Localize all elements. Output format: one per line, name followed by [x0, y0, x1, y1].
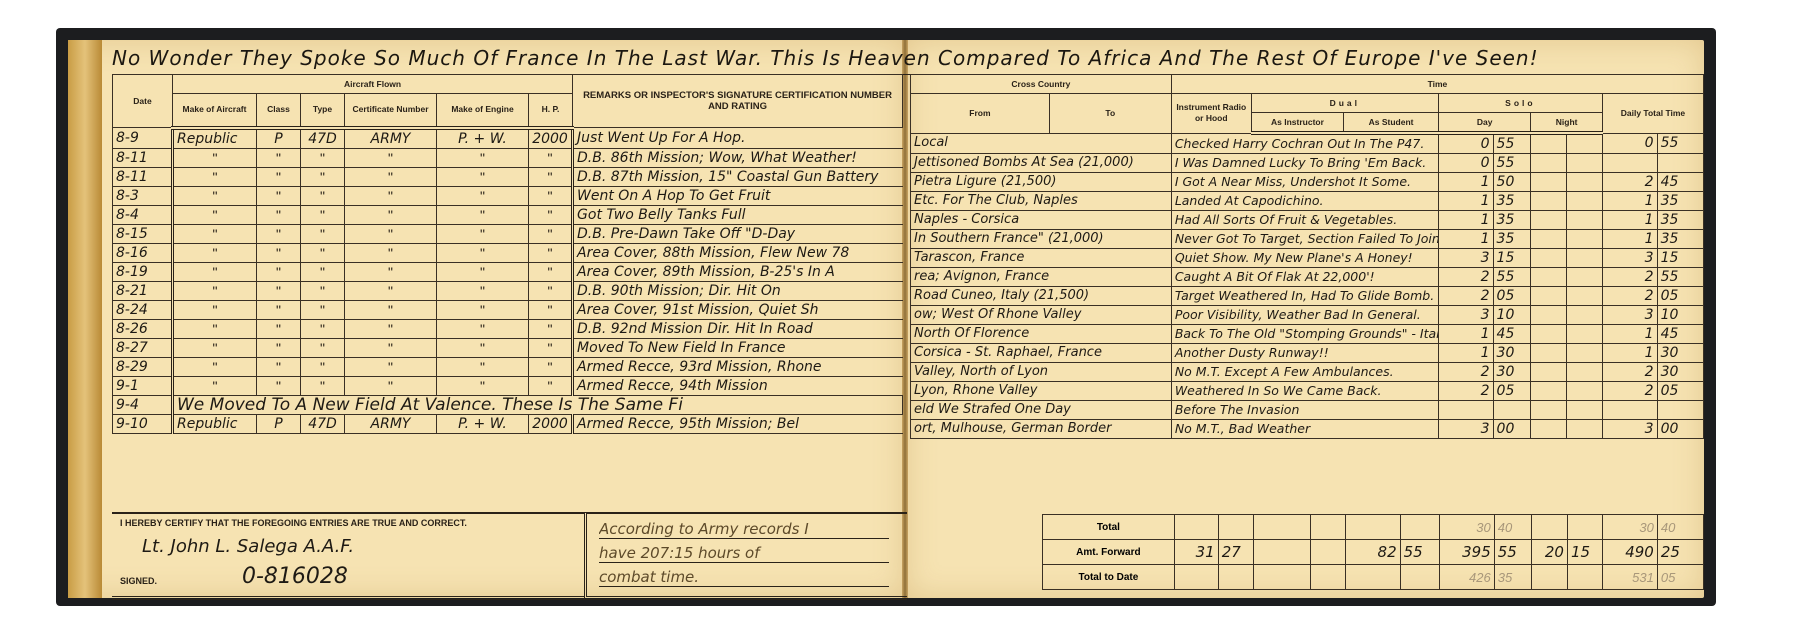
entry-solo-night-hours [1531, 249, 1567, 268]
entry-class: " [257, 376, 301, 395]
entry-date: 8-11 [113, 167, 173, 186]
entry-solo-day-hours: 1 [1438, 192, 1493, 211]
time-entry-row: eld We Strafed One DayBefore The Invasio… [911, 401, 1704, 420]
entry-certificate-number: " [345, 167, 437, 186]
entry-daily-total-hours: 1 [1602, 344, 1657, 363]
entry-solo-night-hours [1531, 306, 1567, 325]
entry-solo-day-minutes: 50 [1493, 173, 1531, 192]
entry-make-of-engine: P. + W. [437, 414, 529, 433]
entry-solo-night-hours [1531, 230, 1567, 249]
total-daily-minutes: 40 [1657, 515, 1703, 540]
log-entry-row: 9-1""""""Armed Recce, 94th Mission [113, 376, 903, 395]
entry-flight-remark: Weathered In So We Came Back. [1171, 382, 1438, 401]
group-header-dual: Dual [1251, 94, 1438, 113]
log-entry-row: 8-4""""""Got Two Belly Tanks Full [113, 205, 903, 224]
entry-solo-night-hours [1531, 133, 1567, 154]
time-entry-row: Road Cuneo, Italy (21,500)Target Weather… [911, 287, 1704, 306]
entry-daily-total-minutes: 05 [1657, 287, 1703, 306]
entry-class: " [257, 357, 301, 376]
entry-daily-total-hours: 2 [1602, 173, 1657, 192]
time-entry-row: Etc. For The Club, NaplesLanded At Capod… [911, 192, 1704, 211]
log-entry-row: 8-9RepublicP47DARMYP. + W.2000Just Went … [113, 128, 903, 149]
entry-type: " [301, 205, 345, 224]
fwd-instrument-minutes: 27 [1218, 540, 1254, 565]
entry-hp: " [529, 205, 573, 224]
group-header-time: Time [1171, 75, 1703, 94]
entry-solo-night-minutes [1567, 192, 1603, 211]
entry-make-of-engine: " [437, 224, 529, 243]
entry-date: 8-16 [113, 243, 173, 262]
entry-daily-total-hours: 0 [1602, 133, 1657, 154]
entry-solo-day-minutes: 30 [1493, 344, 1531, 363]
entry-date: 8-26 [113, 319, 173, 338]
entry-certificate-number: " [345, 319, 437, 338]
entry-solo-night-hours [1531, 325, 1567, 344]
entry-remarks: Armed Recce, 95th Mission; Bel [573, 414, 903, 433]
entry-make-of-aircraft: Republic [173, 128, 257, 149]
entry-hp: " [529, 148, 573, 167]
entry-solo-day-hours: 1 [1438, 344, 1493, 363]
entry-make-of-engine: " [437, 205, 529, 224]
entry-hp: " [529, 376, 573, 395]
entry-solo-night-minutes [1567, 154, 1603, 173]
entry-type: " [301, 338, 345, 357]
entry-solo-night-minutes [1567, 382, 1603, 401]
log-entry-row: 8-26""""""D.B. 92nd Mission Dir. Hit In … [113, 319, 903, 338]
entry-type: " [301, 224, 345, 243]
entry-route: ort, Mulhouse, German Border [911, 420, 1172, 439]
entry-route: Pietra Ligure (21,500) [911, 173, 1172, 192]
entry-date: 8-9 [113, 128, 173, 149]
entry-certificate-number: " [345, 338, 437, 357]
entry-route: Corsica - St. Raphael, France [911, 344, 1172, 363]
cross-country-time-table: Cross Country Time From To Instrument Ra… [910, 74, 1704, 439]
entry-daily-total-minutes: 45 [1657, 325, 1703, 344]
entry-route: Jettisoned Bombs At Sea (21,000) [911, 154, 1172, 173]
col-header-make-of-aircraft: Make of Aircraft [173, 94, 257, 128]
entry-date: 8-15 [113, 224, 173, 243]
entry-solo-night-hours [1531, 401, 1567, 420]
entry-remarks: Just Went Up For A Hop. [573, 128, 903, 149]
entry-make-of-engine: " [437, 243, 529, 262]
entry-daily-total-minutes [1657, 154, 1703, 173]
entry-solo-night-hours [1531, 287, 1567, 306]
entry-solo-night-minutes [1567, 420, 1603, 439]
entry-daily-total-hours: 2 [1602, 287, 1657, 306]
entry-flight-remark: Poor Visibility, Weather Bad In General. [1171, 306, 1438, 325]
entry-date: 9-1 [113, 376, 173, 395]
entry-date: 9-10 [113, 414, 173, 433]
entry-make-of-engine: " [437, 319, 529, 338]
entry-make-of-aircraft: " [173, 357, 257, 376]
entry-type: " [301, 148, 345, 167]
entry-solo-day-minutes: 35 [1493, 211, 1531, 230]
entry-solo-night-minutes [1567, 306, 1603, 325]
entry-certificate-number: " [345, 148, 437, 167]
entry-make-of-aircraft: Republic [173, 414, 257, 433]
entry-class: " [257, 224, 301, 243]
log-entry-row: 9-10RepublicP47DARMYP. + W.2000Armed Rec… [113, 414, 903, 433]
entry-type: " [301, 281, 345, 300]
ttd-total-minutes: 05 [1657, 565, 1703, 590]
entry-daily-total-hours: 1 [1602, 192, 1657, 211]
entry-solo-night-minutes [1567, 401, 1603, 420]
fwd-student-minutes: 55 [1400, 540, 1440, 565]
entry-remarks: Area Cover, 91st Mission, Quiet Sh [573, 300, 903, 319]
entry-make-of-aircraft: " [173, 148, 257, 167]
entry-class: " [257, 281, 301, 300]
entry-daily-total-hours: 2 [1602, 363, 1657, 382]
entry-make-of-engine: " [437, 357, 529, 376]
entry-solo-night-hours [1531, 382, 1567, 401]
ttd-total-hours: 531 [1603, 565, 1657, 590]
entry-route: Road Cuneo, Italy (21,500) [911, 287, 1172, 306]
entry-solo-night-minutes [1567, 249, 1603, 268]
label-amt-forward: Amt. Forward [1043, 540, 1175, 565]
entry-make-of-aircraft: " [173, 167, 257, 186]
aircraft-flown-table: Date Aircraft Flown Remarks or Inspector… [112, 74, 903, 434]
entry-type: " [301, 357, 345, 376]
entry-type: 47D [301, 128, 345, 149]
totals-row-total: Total 30 40 30 40 [1043, 515, 1704, 540]
entry-date: 8-29 [113, 357, 173, 376]
entry-route: rea; Avignon, France [911, 268, 1172, 287]
entry-daily-total-minutes: 35 [1657, 230, 1703, 249]
entry-solo-night-minutes [1567, 344, 1603, 363]
ttd-day-minutes: 35 [1494, 565, 1532, 590]
entry-certificate-number: " [345, 243, 437, 262]
entry-date: 8-4 [113, 205, 173, 224]
entry-solo-day-hours: 0 [1438, 154, 1493, 173]
total-day-minutes: 40 [1494, 515, 1532, 540]
time-entry-row: Pietra Ligure (21,500)I Got A Near Miss,… [911, 173, 1704, 192]
entry-solo-day-minutes: 45 [1493, 325, 1531, 344]
entry-type: " [301, 262, 345, 281]
serial-number: 0-816028 [242, 564, 348, 589]
entry-date: 8-19 [113, 262, 173, 281]
entry-make-of-aircraft: " [173, 376, 257, 395]
entry-daily-total-minutes: 35 [1657, 192, 1703, 211]
entry-make-of-aircraft: " [173, 338, 257, 357]
entry-route: Etc. For The Club, Naples [911, 192, 1172, 211]
entry-solo-day-hours [1438, 401, 1493, 420]
entry-route: ow; West Of Rhone Valley [911, 306, 1172, 325]
signed-label: Signed. [120, 576, 157, 586]
entry-hp: " [529, 300, 573, 319]
combat-time-note: According to Army records I have 207:15 … [584, 512, 907, 600]
entry-hp: " [529, 338, 573, 357]
pilot-signature: Lt. John L. Salega A.A.F. [142, 536, 354, 557]
entry-solo-night-hours [1531, 363, 1567, 382]
note-line-3: combat time. [599, 568, 889, 587]
fwd-total-hours: 490 [1603, 540, 1657, 565]
entry-flight-remark: Landed At Capodichino. [1171, 192, 1438, 211]
col-header-instrument: Instrument Radio or Hood [1171, 94, 1251, 134]
entry-make-of-engine: " [437, 148, 529, 167]
entry-route: eld We Strafed One Day [911, 401, 1172, 420]
entry-certificate-number: " [345, 300, 437, 319]
time-entry-row: ort, Mulhouse, German BorderNo M.T., Bad… [911, 420, 1704, 439]
entry-make-of-engine: " [437, 167, 529, 186]
log-entry-row: 8-16""""""Area Cover, 88th Mission, Flew… [113, 243, 903, 262]
entry-class: P [257, 128, 301, 149]
entry-solo-night-hours [1531, 420, 1567, 439]
entry-type: " [301, 186, 345, 205]
col-header-remarks: Remarks or Inspector's Signature Certifi… [573, 75, 903, 128]
entry-spanning-note: We Moved To A New Field At Valence. Thes… [173, 395, 903, 414]
entry-certificate-number: ARMY [345, 128, 437, 149]
total-daily-hours: 30 [1603, 515, 1657, 540]
time-entry-row: rea; Avignon, FranceCaught A Bit Of Flak… [911, 268, 1704, 287]
entry-type: " [301, 376, 345, 395]
entry-solo-night-minutes [1567, 268, 1603, 287]
log-entry-row: 8-11""""""D.B. 87th Mission, 15" Coastal… [113, 167, 903, 186]
log-entry-row: 9-4We Moved To A New Field At Valence. T… [113, 395, 903, 414]
entry-class: " [257, 205, 301, 224]
entry-hp: " [529, 186, 573, 205]
entry-flight-remark: Before The Invasion [1171, 401, 1438, 420]
entry-flight-remark: Back To The Old "Stomping Grounds" - Ita… [1171, 325, 1438, 344]
entry-daily-total-hours [1602, 401, 1657, 420]
entry-daily-total-hours: 3 [1602, 306, 1657, 325]
entry-make-of-aircraft: " [173, 243, 257, 262]
time-entry-row: Tarascon, FranceQuiet Show. My New Plane… [911, 249, 1704, 268]
time-entry-row: LocalChecked Harry Cochran Out In The P4… [911, 133, 1704, 154]
entry-flight-remark: Had All Sorts Of Fruit & Vegetables. [1171, 211, 1438, 230]
entry-make-of-engine: " [437, 281, 529, 300]
entry-remarks: Area Cover, 89th Mission, B-25's In A [573, 262, 903, 281]
entry-certificate-number: ARMY [345, 414, 437, 433]
entry-daily-total-hours: 2 [1602, 268, 1657, 287]
entry-solo-day-minutes: 00 [1493, 420, 1531, 439]
entry-flight-remark: I Got A Near Miss, Undershot It Some. [1171, 173, 1438, 192]
entry-daily-total-hours: 2 [1602, 382, 1657, 401]
col-header-night: Night [1531, 113, 1603, 134]
entry-solo-night-minutes [1567, 173, 1603, 192]
entry-hp: " [529, 281, 573, 300]
entry-daily-total-minutes: 35 [1657, 211, 1703, 230]
entry-remarks: Armed Recce, 94th Mission [573, 376, 903, 395]
note-line-1: According to Army records I [599, 520, 889, 539]
entry-date: 8-21 [113, 281, 173, 300]
entry-solo-day-minutes: 30 [1493, 363, 1531, 382]
time-entry-row: Lyon, Rhone ValleyWeathered In So We Cam… [911, 382, 1704, 401]
entry-make-of-engine: P. + W. [437, 128, 529, 149]
entry-solo-night-minutes [1567, 133, 1603, 154]
fwd-night-minutes: 15 [1567, 540, 1603, 565]
entry-hp: " [529, 319, 573, 338]
time-entry-row: Valley, North of LyonNo M.T. Except A Fe… [911, 363, 1704, 382]
entry-class: " [257, 300, 301, 319]
entry-solo-night-minutes [1567, 287, 1603, 306]
time-entry-row: Naples - CorsicaHad All Sorts Of Fruit &… [911, 211, 1704, 230]
entry-hp: " [529, 243, 573, 262]
entry-make-of-engine: " [437, 186, 529, 205]
entry-flight-remark: Caught A Bit Of Flak At 22,000'! [1171, 268, 1438, 287]
entry-class: " [257, 319, 301, 338]
entry-hp: 2000 [529, 128, 573, 149]
entry-remarks: D.B. 87th Mission, 15" Coastal Gun Batte… [573, 167, 903, 186]
entry-type: 47D [301, 414, 345, 433]
group-header-cross-country: Cross Country [911, 75, 1172, 94]
entry-remarks: Moved To New Field In France [573, 338, 903, 357]
entry-solo-night-hours [1531, 344, 1567, 363]
entry-route: Tarascon, France [911, 249, 1172, 268]
entry-certificate-number: " [345, 224, 437, 243]
entry-make-of-aircraft: " [173, 281, 257, 300]
entry-solo-day-hours: 3 [1438, 306, 1493, 325]
entry-daily-total-hours: 3 [1602, 420, 1657, 439]
entry-solo-day-hours: 3 [1438, 249, 1493, 268]
entry-daily-total-minutes: 55 [1657, 133, 1703, 154]
entry-class: " [257, 338, 301, 357]
fwd-day-hours: 395 [1440, 540, 1494, 565]
entry-flight-remark: Never Got To Target, Section Failed To J… [1171, 230, 1438, 249]
fwd-instrument-hours: 31 [1174, 540, 1218, 565]
entry-hp: " [529, 357, 573, 376]
entry-solo-night-minutes [1567, 363, 1603, 382]
entry-remarks: D.B. 92nd Mission Dir. Hit In Road [573, 319, 903, 338]
col-header-as-instructor: As Instructor [1251, 113, 1344, 134]
totals-row-total-to-date: Total to Date 426 35 531 05 [1043, 565, 1704, 590]
note-line-2: have 207:15 hours of [599, 544, 889, 563]
fwd-night-hours: 20 [1532, 540, 1568, 565]
entry-flight-remark: No M.T., Bad Weather [1171, 420, 1438, 439]
entry-make-of-engine: " [437, 262, 529, 281]
entry-hp: " [529, 262, 573, 281]
entry-solo-night-minutes [1567, 325, 1603, 344]
entry-hp: " [529, 167, 573, 186]
entry-certificate-number: " [345, 281, 437, 300]
entry-make-of-aircraft: " [173, 205, 257, 224]
entry-type: " [301, 167, 345, 186]
certification-statement: I hereby certify that the foregoing entr… [120, 518, 467, 528]
entry-solo-day-hours: 2 [1438, 268, 1493, 287]
entry-solo-day-minutes: 35 [1493, 192, 1531, 211]
entry-solo-day-minutes: 05 [1493, 382, 1531, 401]
entry-daily-total-minutes: 30 [1657, 344, 1703, 363]
entry-date: 8-24 [113, 300, 173, 319]
col-header-from: From [911, 94, 1050, 134]
label-total: Total [1043, 515, 1175, 540]
entry-solo-night-hours [1531, 154, 1567, 173]
col-header-day: Day [1438, 113, 1531, 134]
entry-class: " [257, 167, 301, 186]
entry-certificate-number: " [345, 376, 437, 395]
entry-flight-remark: Checked Harry Cochran Out In The P47. [1171, 133, 1438, 154]
totals-row-amt-forward: Amt. Forward 31 27 82 55 395 55 20 15 49… [1043, 540, 1704, 565]
entry-solo-day-minutes [1493, 401, 1531, 420]
col-header-date: Date [113, 75, 173, 128]
entry-make-of-aircraft: " [173, 262, 257, 281]
entry-daily-total-minutes: 30 [1657, 363, 1703, 382]
log-entry-row: 8-11""""""D.B. 86th Mission; Wow, What W… [113, 148, 903, 167]
entry-remarks: Armed Recce, 93rd Mission, Rhone [573, 357, 903, 376]
entry-solo-day-minutes: 05 [1493, 287, 1531, 306]
col-header-make-of-engine: Make of Engine [437, 94, 529, 128]
entry-make-of-engine: " [437, 338, 529, 357]
entry-certificate-number: " [345, 186, 437, 205]
entry-class: " [257, 186, 301, 205]
time-entry-row: ow; West Of Rhone ValleyPoor Visibility,… [911, 306, 1704, 325]
entry-hp: 2000 [529, 414, 573, 433]
entry-solo-day-minutes: 55 [1493, 133, 1531, 154]
entry-daily-total-minutes: 00 [1657, 420, 1703, 439]
entry-daily-total-minutes: 15 [1657, 249, 1703, 268]
totals-table: Total 30 40 30 40 Amt. Forward 31 27 82 … [1042, 514, 1704, 590]
entry-make-of-aircraft: " [173, 319, 257, 338]
entry-solo-day-minutes: 35 [1493, 230, 1531, 249]
entry-class: P [257, 414, 301, 433]
entry-date: 9-4 [113, 395, 173, 414]
entry-flight-remark: No M.T. Except A Few Ambulances. [1171, 363, 1438, 382]
entry-solo-night-minutes [1567, 211, 1603, 230]
entry-make-of-engine: " [437, 300, 529, 319]
entry-flight-remark: Quiet Show. My New Plane's A Honey! [1171, 249, 1438, 268]
entry-solo-day-hours: 2 [1438, 363, 1493, 382]
entry-route: Naples - Corsica [911, 211, 1172, 230]
entry-type: " [301, 243, 345, 262]
entry-remarks: Got Two Belly Tanks Full [573, 205, 903, 224]
entry-daily-total-hours: 1 [1602, 230, 1657, 249]
time-entry-row: Jettisoned Bombs At Sea (21,000)I Was Da… [911, 154, 1704, 173]
entry-class: " [257, 148, 301, 167]
entry-daily-total-minutes [1657, 401, 1703, 420]
entry-flight-remark: I Was Damned Lucky To Bring 'Em Back. [1171, 154, 1438, 173]
entry-certificate-number: " [345, 205, 437, 224]
col-header-as-student: As Student [1344, 113, 1439, 134]
entry-daily-total-hours: 3 [1602, 249, 1657, 268]
entry-daily-total-minutes: 05 [1657, 382, 1703, 401]
entry-date: 8-11 [113, 148, 173, 167]
entry-make-of-aircraft: " [173, 300, 257, 319]
entry-daily-total-minutes: 55 [1657, 268, 1703, 287]
fwd-day-minutes: 55 [1494, 540, 1532, 565]
entry-solo-night-hours [1531, 192, 1567, 211]
entry-solo-day-hours: 1 [1438, 173, 1493, 192]
time-entry-row: In Southern France" (21,000)Never Got To… [911, 230, 1704, 249]
group-header-aircraft-flown: Aircraft Flown [173, 75, 573, 94]
entry-hp: " [529, 224, 573, 243]
log-entry-row: 8-19""""""Area Cover, 89th Mission, B-25… [113, 262, 903, 281]
entry-solo-day-hours: 1 [1438, 230, 1493, 249]
entry-solo-day-hours: 1 [1438, 325, 1493, 344]
entry-solo-night-hours [1531, 268, 1567, 287]
time-entry-row: North Of FlorenceBack To The Old "Stompi… [911, 325, 1704, 344]
entry-solo-day-minutes: 55 [1493, 154, 1531, 173]
log-entry-row: 8-27""""""Moved To New Field In France [113, 338, 903, 357]
entry-make-of-engine: " [437, 376, 529, 395]
entry-remarks: D.B. Pre-Dawn Take Off "D-Day [573, 224, 903, 243]
col-header-daily-total: Daily Total Time [1602, 94, 1703, 134]
entry-solo-day-hours: 1 [1438, 211, 1493, 230]
time-entry-row: Corsica - St. Raphael, FranceAnother Dus… [911, 344, 1704, 363]
col-header-class: Class [257, 94, 301, 128]
entry-solo-night-minutes [1567, 230, 1603, 249]
total-day-hours: 30 [1440, 515, 1494, 540]
entry-daily-total-hours: 1 [1602, 325, 1657, 344]
log-entry-row: 8-24""""""Area Cover, 91st Mission, Quie… [113, 300, 903, 319]
entry-solo-night-hours [1531, 173, 1567, 192]
handwritten-headline: No Wonder They Spoke So Much Of France I… [112, 46, 1672, 75]
col-header-certificate-number: Certificate Number [345, 94, 437, 128]
log-entry-row: 8-15""""""D.B. Pre-Dawn Take Off "D-Day [113, 224, 903, 243]
entry-class: " [257, 243, 301, 262]
col-header-type: Type [301, 94, 345, 128]
entry-class: " [257, 262, 301, 281]
binding-strip [68, 40, 102, 598]
entry-solo-day-hours: 2 [1438, 382, 1493, 401]
